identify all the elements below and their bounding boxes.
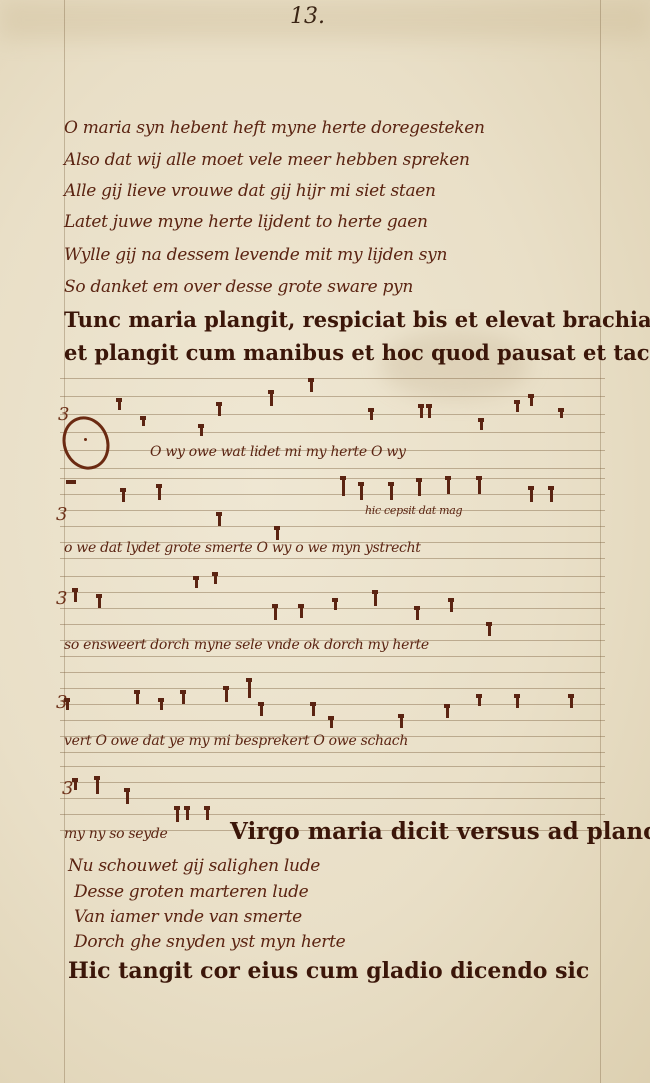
rubric-line: et plangit cum manibus et hoc quod pausa… — [64, 340, 650, 365]
neume-note — [122, 488, 125, 502]
neume-note — [136, 690, 139, 704]
neume-note — [182, 690, 185, 704]
initial-dot — [84, 438, 87, 441]
neume-note — [96, 776, 99, 794]
lyric-line: o we dat lydet grote smerte O wy o we my… — [64, 540, 421, 556]
lyric-line: O wy owe wat lidet mi my herte O wy — [150, 444, 406, 460]
neume-note — [276, 526, 279, 540]
neume-note — [447, 476, 450, 494]
neume-note — [218, 512, 221, 526]
neume-note — [478, 476, 481, 494]
neume-note — [570, 694, 573, 708]
verse-line: Van iamer vnde van smerte — [74, 907, 302, 927]
neume-note — [310, 378, 313, 392]
neume-note — [530, 486, 533, 502]
rubric-line: Tunc maria plangit, respiciat bis et ele… — [64, 307, 650, 332]
neume-note — [400, 714, 403, 728]
lyric-line: so ensweert dorch myne sele vnde ok dorc… — [64, 637, 429, 653]
clef-icon: 3 — [56, 504, 67, 525]
neume-note — [195, 576, 198, 588]
neume-note — [98, 594, 101, 608]
neume-note — [418, 478, 421, 496]
neume-note — [300, 604, 303, 618]
verse-line: Nu schouwet gij salighen lude — [68, 856, 320, 876]
parchment-edge-shadow — [0, 0, 650, 40]
neume-note — [516, 694, 519, 708]
neume-note — [450, 598, 453, 612]
neume-note — [342, 476, 345, 496]
neume-note — [446, 704, 449, 718]
neume-note — [334, 598, 337, 610]
verse-line: So danket em over desse grote sware pyn — [64, 277, 413, 297]
neume-note — [206, 806, 209, 820]
neume-note — [480, 418, 483, 430]
custos-mark — [68, 480, 76, 484]
neume-note — [74, 588, 77, 602]
neume-note — [330, 716, 333, 728]
neume-note — [160, 698, 163, 710]
neume-note — [158, 484, 161, 500]
lyric-line: my ny so seyde — [64, 826, 168, 842]
neume-note — [66, 698, 69, 710]
neume-note — [530, 394, 533, 406]
neume-note — [560, 408, 563, 418]
neume-note — [312, 702, 315, 716]
verse-line: Dorch ghe snyden yst myn herte — [74, 932, 345, 952]
neume-note — [176, 806, 179, 822]
verse-line: Alle gij lieve vrouwe dat gij hijr mi si… — [64, 181, 436, 201]
neume-note — [488, 622, 491, 636]
rubric-line: Hic tangit cor eius cum gladio dicendo s… — [68, 958, 589, 984]
manuscript-page: 13. O maria syn hebent heft myne herte d… — [0, 0, 650, 1083]
verse-line: O maria syn hebent heft myne herte doreg… — [64, 118, 485, 138]
verse-line: Also dat wij alle moet vele meer hebben … — [64, 150, 470, 170]
clef-icon: 3 — [56, 588, 67, 609]
verse-line: Desse groten marteren lude — [74, 882, 308, 902]
neume-note — [428, 404, 431, 418]
neume-note — [274, 604, 277, 620]
neume-note — [74, 778, 77, 790]
neume-note — [550, 486, 553, 502]
neume-note — [218, 402, 221, 416]
neume-note — [374, 590, 377, 606]
neume-note — [225, 686, 228, 702]
neume-note — [186, 806, 189, 820]
neume-note — [260, 702, 263, 716]
neume-note — [118, 398, 121, 410]
neume-note — [200, 424, 203, 436]
folio-number: 13. — [290, 4, 325, 29]
neume-note — [420, 404, 423, 418]
neume-note — [416, 606, 419, 620]
rubric-line: Virgo maria dicit versus ad planctum — [230, 818, 650, 845]
neume-note — [370, 408, 373, 420]
neume-note — [478, 694, 481, 706]
neume-note — [142, 416, 145, 426]
neume-note — [126, 788, 129, 804]
neume-note — [390, 482, 393, 500]
neume-note — [214, 572, 217, 584]
marginal-note: hic cepsit dat mag — [365, 504, 462, 517]
neume-note — [270, 390, 273, 406]
neume-note — [248, 678, 251, 698]
lyric-line: vert O owe dat ye my mi besprekert O owe… — [64, 733, 408, 749]
verse-line: Wylle gij na dessem levende mit my lijde… — [64, 245, 447, 265]
neume-note — [360, 482, 363, 500]
neume-note — [516, 400, 519, 412]
verse-line: Latet juwe myne herte lijdent to herte g… — [64, 212, 428, 232]
